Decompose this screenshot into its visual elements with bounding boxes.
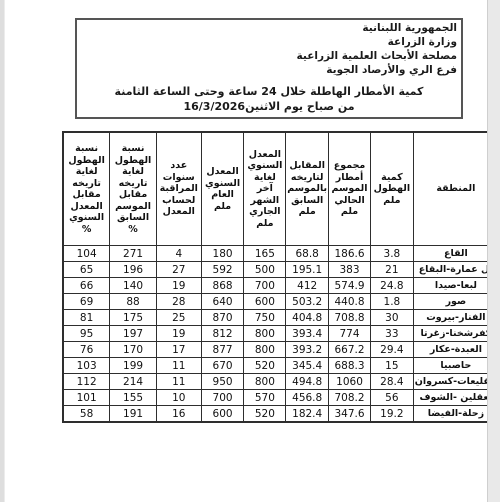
value-cell-season-total: 1060 xyxy=(329,374,371,390)
value-cell-pct-vs-annual-average: 103 xyxy=(63,358,110,374)
value-cell-previous-season-to-date: 68.8 xyxy=(286,246,329,262)
value-cell-general-annual-average: 700 xyxy=(201,390,244,406)
letterhead: الجمهورية اللبنانية وزارة الزراعة مصلحة … xyxy=(77,20,461,77)
value-cell-observation-years: 19 xyxy=(156,326,201,342)
value-cell-pct-vs-previous-season: 214 xyxy=(110,374,157,390)
photo-right-edge xyxy=(487,0,500,502)
column-header-pct-vs-annual-average: نسبة الهطول لغاية تاريخه مقابل المعدل ال… xyxy=(63,132,110,246)
value-cell-rainfall-mm: 33 xyxy=(370,326,413,342)
value-cell-previous-season-to-date: 393.2 xyxy=(286,342,329,358)
column-header-season-total: مجموع أمطار الموسم الحالي ملم xyxy=(329,132,371,246)
value-cell-pct-vs-annual-average: 101 xyxy=(63,390,110,406)
value-cell-season-total: 688.3 xyxy=(329,358,371,374)
value-cell-rainfall-mm: 19.2 xyxy=(370,406,413,423)
value-cell-pct-vs-annual-average: 65 xyxy=(63,262,110,278)
table-row: صور1.8440.8503.2600640288869 xyxy=(63,294,499,310)
value-cell-rainfall-mm: 24.8 xyxy=(370,278,413,294)
value-cell-observation-years: 11 xyxy=(156,374,201,390)
report-title-line2: من صباح يوم الاثنين16/3/2026 xyxy=(77,99,461,114)
value-cell-annual-average-to-current-month: 800 xyxy=(244,342,286,358)
letterhead-line-authority: مصلحة الأبحاث العلمية الزراعية xyxy=(77,49,457,63)
report-title: كمية الأمطار الهاطلة خلال 24 ساعة وحتى ا… xyxy=(77,85,461,117)
letterhead-line-branch: فرع الري والأرصاد الجوية xyxy=(77,63,457,77)
photo-left-edge xyxy=(0,0,5,502)
value-cell-previous-season-to-date: 404.8 xyxy=(286,310,329,326)
value-cell-pct-vs-annual-average: 104 xyxy=(63,246,110,262)
table-row: القليعات-كسروان28.41060494.8800950112141… xyxy=(63,374,499,390)
rainfall-table-body: القاع3.8186.668.81651804271104تل عمارة-ا… xyxy=(63,246,499,423)
value-cell-season-total: 383 xyxy=(329,262,371,278)
value-cell-previous-season-to-date: 345.4 xyxy=(286,358,329,374)
column-header-pct-vs-previous-season: نسبة الهطول لغاية تاريخه مقابل الموسم ال… xyxy=(110,132,157,246)
value-cell-annual-average-to-current-month: 520 xyxy=(244,406,286,423)
table-row: الفنار-بيروت30708.8404.87508702517581 xyxy=(63,310,499,326)
value-cell-pct-vs-annual-average: 69 xyxy=(63,294,110,310)
value-cell-rainfall-mm: 15 xyxy=(370,358,413,374)
letterhead-box: الجمهورية اللبنانية وزارة الزراعة مصلحة … xyxy=(75,18,463,119)
value-cell-season-total: 667.2 xyxy=(329,342,371,358)
value-cell-annual-average-to-current-month: 800 xyxy=(244,374,286,390)
value-cell-observation-years: 17 xyxy=(156,342,201,358)
letterhead-line-republic: الجمهورية اللبنانية xyxy=(77,21,457,35)
value-cell-previous-season-to-date: 456.8 xyxy=(286,390,329,406)
value-cell-annual-average-to-current-month: 500 xyxy=(244,262,286,278)
value-cell-previous-season-to-date: 494.8 xyxy=(286,374,329,390)
column-header-previous-season-to-date: المقابل لتاريخه بالموسم السابق ملم xyxy=(286,132,329,246)
value-cell-rainfall-mm: 56 xyxy=(370,390,413,406)
value-cell-annual-average-to-current-month: 700 xyxy=(244,278,286,294)
value-cell-rainfall-mm: 30 xyxy=(370,310,413,326)
table-header-row: المنطقةكمية الهطول ملممجموع أمطار الموسم… xyxy=(63,132,499,246)
value-cell-rainfall-mm: 21 xyxy=(370,262,413,278)
value-cell-general-annual-average: 180 xyxy=(201,246,244,262)
value-cell-observation-years: 27 xyxy=(156,262,201,278)
value-cell-season-total: 574.9 xyxy=(329,278,371,294)
value-cell-general-annual-average: 877 xyxy=(201,342,244,358)
value-cell-observation-years: 28 xyxy=(156,294,201,310)
table-row: العبدة-عكار29.4667.2393.28008771717076 xyxy=(63,342,499,358)
value-cell-pct-vs-previous-season: 191 xyxy=(110,406,157,423)
column-header-general-annual-average: المعدل السنوي العام ملم xyxy=(201,132,244,246)
letterhead-line-ministry: وزارة الزراعة xyxy=(77,35,457,49)
table-row: لبعا-صيدا24.8574.94127008681914066 xyxy=(63,278,499,294)
value-cell-previous-season-to-date: 393.4 xyxy=(286,326,329,342)
value-cell-pct-vs-annual-average: 81 xyxy=(63,310,110,326)
value-cell-annual-average-to-current-month: 570 xyxy=(244,390,286,406)
value-cell-pct-vs-previous-season: 199 xyxy=(110,358,157,374)
value-cell-pct-vs-previous-season: 175 xyxy=(110,310,157,326)
value-cell-observation-years: 25 xyxy=(156,310,201,326)
value-cell-pct-vs-previous-season: 88 xyxy=(110,294,157,310)
value-cell-general-annual-average: 868 xyxy=(201,278,244,294)
value-cell-pct-vs-annual-average: 112 xyxy=(63,374,110,390)
value-cell-previous-season-to-date: 412 xyxy=(286,278,329,294)
rainfall-table-head: المنطقةكمية الهطول ملممجموع أمطار الموسم… xyxy=(63,132,499,246)
value-cell-season-total: 186.6 xyxy=(329,246,371,262)
value-cell-general-annual-average: 670 xyxy=(201,358,244,374)
value-cell-annual-average-to-current-month: 800 xyxy=(244,326,286,342)
value-cell-observation-years: 16 xyxy=(156,406,201,423)
value-cell-pct-vs-previous-season: 271 xyxy=(110,246,157,262)
value-cell-pct-vs-annual-average: 58 xyxy=(63,406,110,423)
value-cell-general-annual-average: 640 xyxy=(201,294,244,310)
value-cell-general-annual-average: 950 xyxy=(201,374,244,390)
value-cell-observation-years: 11 xyxy=(156,358,201,374)
value-cell-rainfall-mm: 1.8 xyxy=(370,294,413,310)
value-cell-general-annual-average: 600 xyxy=(201,406,244,423)
value-cell-pct-vs-previous-season: 155 xyxy=(110,390,157,406)
value-cell-general-annual-average: 870 xyxy=(201,310,244,326)
value-cell-annual-average-to-current-month: 600 xyxy=(244,294,286,310)
value-cell-annual-average-to-current-month: 750 xyxy=(244,310,286,326)
value-cell-previous-season-to-date: 195.1 xyxy=(286,262,329,278)
table-row: تل عمارة-البقاع21383195.15005922719665 xyxy=(63,262,499,278)
value-cell-pct-vs-previous-season: 170 xyxy=(110,342,157,358)
value-cell-observation-years: 10 xyxy=(156,390,201,406)
value-cell-pct-vs-previous-season: 197 xyxy=(110,326,157,342)
value-cell-pct-vs-previous-season: 140 xyxy=(110,278,157,294)
document-photo: الجمهورية اللبنانية وزارة الزراعة مصلحة … xyxy=(0,0,500,502)
value-cell-previous-season-to-date: 182.4 xyxy=(286,406,329,423)
value-cell-annual-average-to-current-month: 520 xyxy=(244,358,286,374)
value-cell-rainfall-mm: 3.8 xyxy=(370,246,413,262)
table-row: القاع3.8186.668.81651804271104 xyxy=(63,246,499,262)
report-title-line1: كمية الأمطار الهاطلة خلال 24 ساعة وحتى ا… xyxy=(77,85,461,99)
value-cell-season-total: 347.6 xyxy=(329,406,371,423)
column-header-annual-average-to-current-month: المعدل السنوي لغاية آخر الشهر الجاري ملم xyxy=(244,132,286,246)
value-cell-rainfall-mm: 29.4 xyxy=(370,342,413,358)
column-header-rainfall-mm: كمية الهطول ملم xyxy=(370,132,413,246)
value-cell-observation-years: 19 xyxy=(156,278,201,294)
value-cell-season-total: 440.8 xyxy=(329,294,371,310)
value-cell-season-total: 708.2 xyxy=(329,390,371,406)
value-cell-pct-vs-annual-average: 76 xyxy=(63,342,110,358)
table-row: بعقلين -الشوف56708.2456.857070010155101 xyxy=(63,390,499,406)
value-cell-observation-years: 4 xyxy=(156,246,201,262)
value-cell-rainfall-mm: 28.4 xyxy=(370,374,413,390)
table-row: حاصبيا15688.3345.452067011199103 xyxy=(63,358,499,374)
value-cell-season-total: 708.8 xyxy=(329,310,371,326)
value-cell-season-total: 774 xyxy=(329,326,371,342)
rainfall-table: المنطقةكمية الهطول ملممجموع أمطار الموسم… xyxy=(62,131,500,423)
value-cell-pct-vs-annual-average: 95 xyxy=(63,326,110,342)
value-cell-annual-average-to-current-month: 165 xyxy=(244,246,286,262)
value-cell-pct-vs-annual-average: 66 xyxy=(63,278,110,294)
table-row: كفرشخنا-زغرتا33774393.48008121919795 xyxy=(63,326,499,342)
value-cell-previous-season-to-date: 503.2 xyxy=(286,294,329,310)
value-cell-pct-vs-previous-season: 196 xyxy=(110,262,157,278)
value-cell-general-annual-average: 812 xyxy=(201,326,244,342)
value-cell-general-annual-average: 592 xyxy=(201,262,244,278)
column-header-observation-years: عدد سنوات المراقبة لحساب المعدل xyxy=(156,132,201,246)
table-row: زحلة-الفيضا19.2347.6182.45206001619158 xyxy=(63,406,499,423)
